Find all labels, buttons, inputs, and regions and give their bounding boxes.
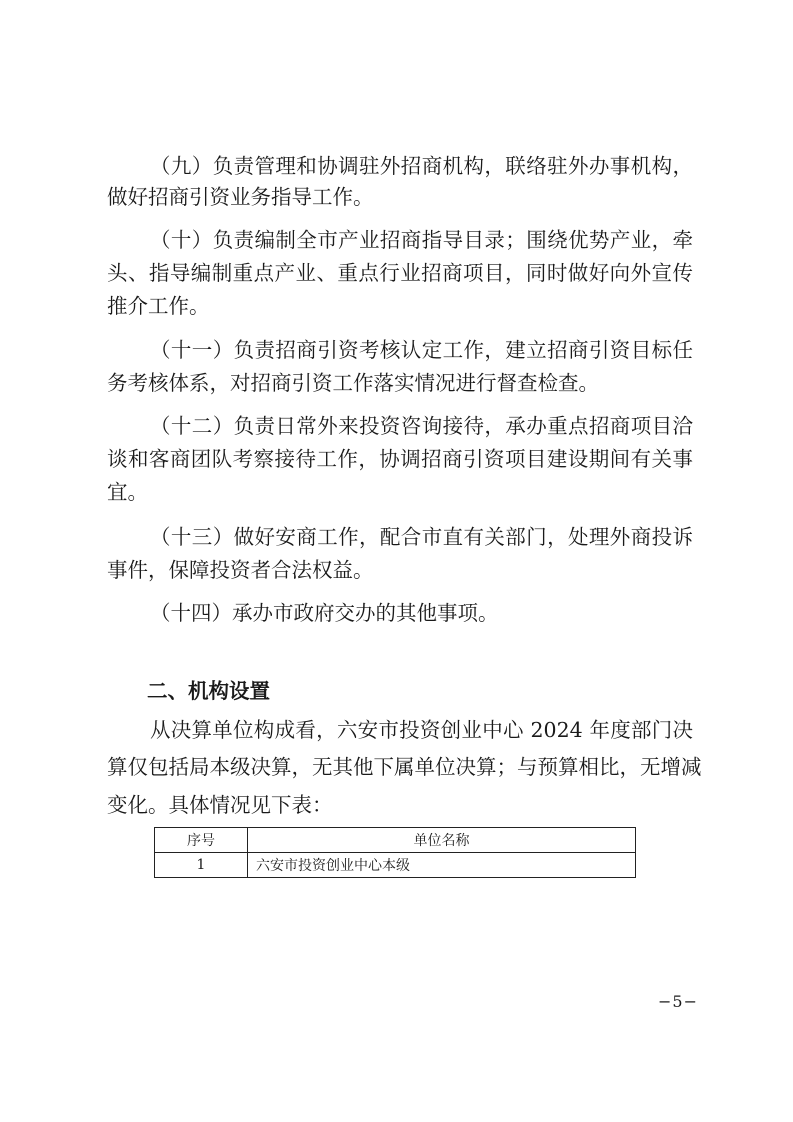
cell-unit-name: 六安市投资创业中心本级 (248, 853, 636, 878)
cell-serial: 1 (155, 853, 248, 878)
paragraph-item-12-line-2: 谈和客商团队考察接待工作，协调招商引资项目建设期间有关事 (107, 446, 693, 472)
paragraph-item-10-line-2: 头、指导编制重点产业、重点行业招商项目，同时做好向外宣传 (107, 260, 693, 286)
paragraph-item-9-line-1: （九）负责管理和协调驻外招商机构，联络驻外办事机构， (150, 153, 693, 179)
page-number: −5− (658, 992, 698, 1011)
paragraph-item-14-line-1: （十四）承办市政府交办的其他事项。 (150, 600, 693, 626)
section-body-line-2: 算仅包括局本级决算，无其他下属单位决算；与预算相比，无增减 (107, 754, 693, 780)
table-header-row: 序号 单位名称 (155, 828, 636, 853)
section-body-line-1: 从决算单位构成看，六安市投资创业中心 2024 年度部门决 (150, 717, 693, 743)
paragraph-item-12-line-1: （十二）负责日常外来投资咨询接待，承办重点招商项目洽 (150, 413, 693, 439)
units-table: 序号 单位名称 1 六安市投资创业中心本级 (154, 827, 636, 878)
paragraph-item-11-line-2: 务考核体系，对招商引资工作落实情况进行督查检查。 (107, 370, 693, 396)
paragraph-item-10-line-3: 推介工作。 (107, 293, 693, 319)
section-heading: 二、机构设置 (147, 678, 270, 704)
table-row: 1 六安市投资创业中心本级 (155, 853, 636, 878)
paragraph-item-12-line-3: 宜。 (107, 479, 693, 505)
section-body-line-3: 变化。具体情况见下表： (107, 792, 693, 818)
paragraph-item-10-line-1: （十）负责编制全市产业招商指导目录；围绕优势产业，牵 (150, 227, 693, 253)
paragraph-item-13-line-2: 事件，保障投资者合法权益。 (107, 557, 693, 583)
column-header-unit-name: 单位名称 (248, 828, 636, 853)
document-page: （九）负责管理和协调驻外招商机构，联络驻外办事机构， 做好招商引资业务指导工作。… (0, 0, 793, 1122)
paragraph-item-9-line-2: 做好招商引资业务指导工作。 (107, 184, 693, 210)
column-header-serial: 序号 (155, 828, 248, 853)
paragraph-item-11-line-1: （十一）负责招商引资考核认定工作，建立招商引资目标任 (150, 337, 693, 363)
paragraph-item-13-line-1: （十三）做好安商工作，配合市直有关部门，处理外商投诉 (150, 524, 693, 550)
